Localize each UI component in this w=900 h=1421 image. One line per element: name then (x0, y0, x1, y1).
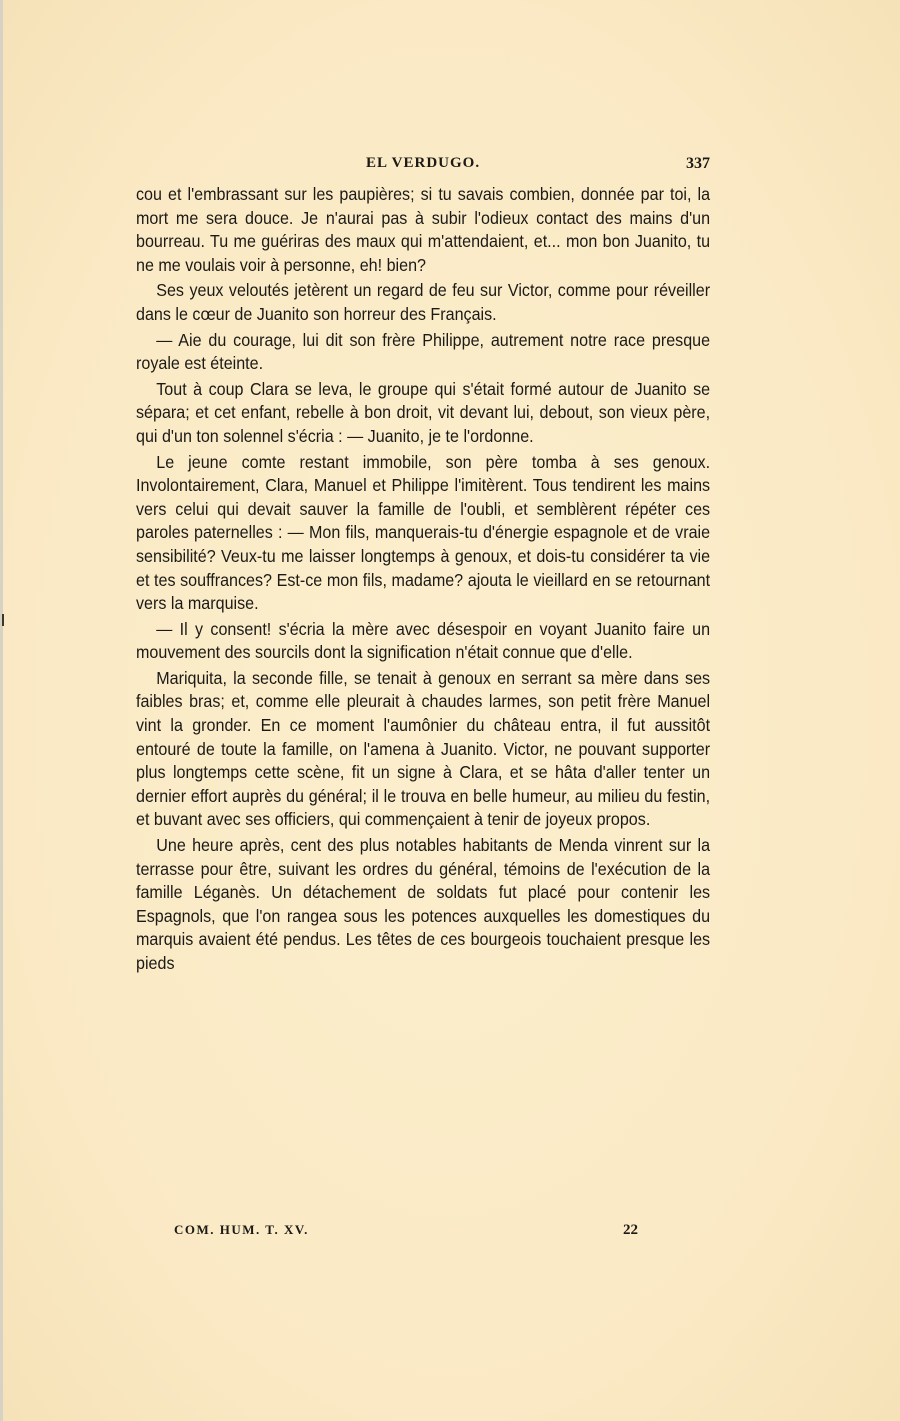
printer-signature: COM. HUM. T. XV. (174, 1222, 309, 1238)
paragraph: Une heure après, cent des plus notables … (136, 834, 710, 976)
page-edge (0, 0, 3, 1421)
margin-mark (2, 614, 4, 626)
paragraph: Ses yeux veloutés jetèrent un regard de … (136, 279, 710, 326)
paragraph: Mariquita, la seconde fille, se tenait à… (136, 667, 710, 832)
paragraph: Tout à coup Clara se leva, le groupe qui… (136, 378, 710, 449)
running-title: EL VERDUGO. (366, 155, 480, 172)
body-text: cou et l'embrassant sur les paupières; s… (136, 183, 664, 978)
sheet-number: 22 (623, 1222, 638, 1239)
paragraph: — Aie du courage, lui dit son frère Phil… (136, 329, 710, 376)
page-number: 337 (686, 155, 710, 173)
paragraph: cou et l'embrassant sur les paupières; s… (136, 183, 710, 277)
paragraph: — Il y consent! s'écria la mère avec dés… (136, 618, 710, 665)
page-footer: COM. HUM. T. XV. 22 (136, 1222, 710, 1244)
paragraph: Le jeune comte restant immobile, son pèr… (136, 451, 710, 616)
book-page: EL VERDUGO. 337 cou et l'embrassant sur … (0, 0, 900, 1421)
page-header: EL VERDUGO. 337 (136, 155, 710, 177)
